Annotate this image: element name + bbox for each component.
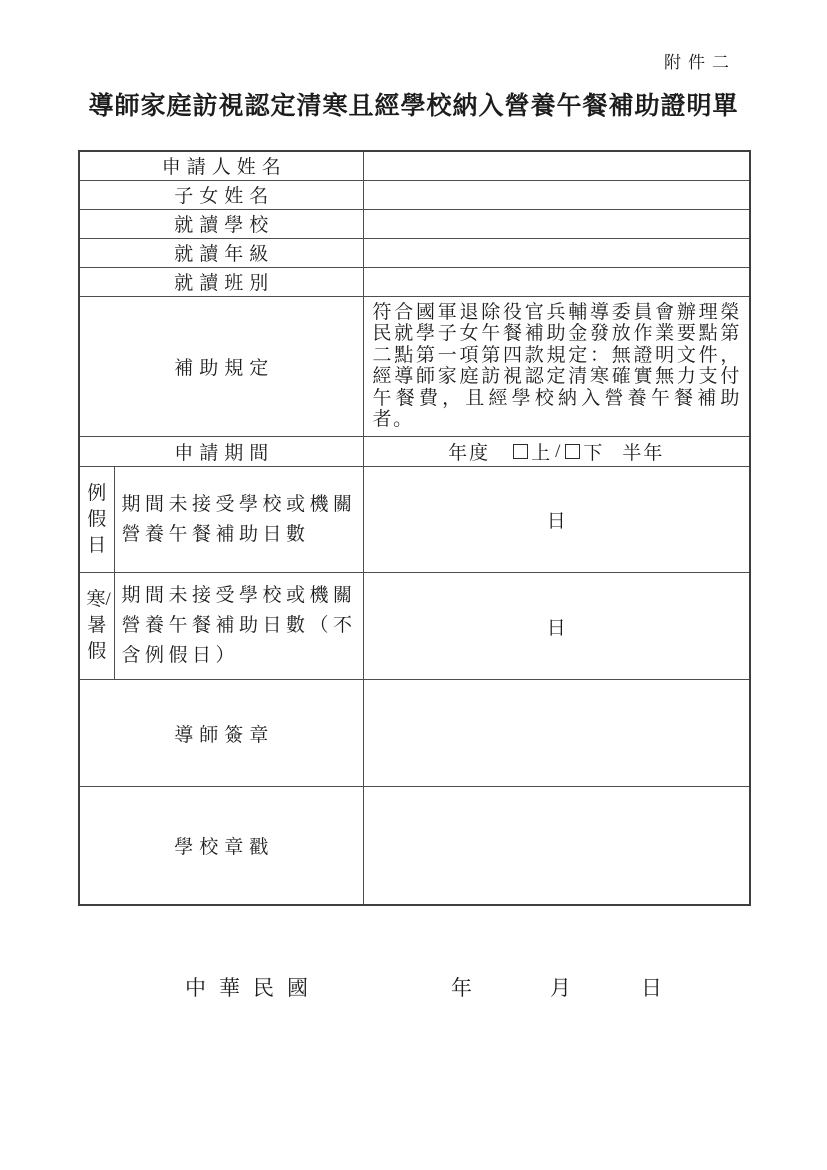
holiday-days-cell: 日 (363, 467, 750, 573)
table-row-school-stamp: 學校章戳 (79, 787, 750, 905)
checkbox-second-half (565, 444, 580, 459)
children-name-label: 子女姓名 (79, 180, 363, 209)
page-title: 導師家庭訪視認定清寒且經學校納入營養午餐補助證明單 (0, 86, 827, 122)
holiday-category-cell: 例假日 (79, 467, 114, 573)
vacation-days-cell: 日 (363, 573, 750, 680)
school-stamp-cell (363, 787, 750, 905)
checkbox-first-half (513, 444, 528, 459)
date-day-label: 日 (641, 972, 662, 1002)
attachment-label: 附件二 (664, 48, 736, 73)
children-name-input-cell (363, 180, 750, 209)
class-label: 就讀班別 (79, 267, 363, 296)
date-month-label: 月 (550, 972, 571, 1002)
table-row-school: 就讀學校 (79, 209, 750, 238)
school-label: 就讀學校 (79, 209, 363, 238)
half-year-suffix: 半年 (622, 438, 664, 465)
applicant-name-input-cell (363, 151, 750, 180)
table-row-class: 就讀班別 (79, 267, 750, 296)
form-table: 申請人姓名 子女姓名 就讀學校 就讀年級 就讀班別 補助規定 符合國軍退 (78, 150, 751, 906)
school-stamp-label: 學校章戳 (79, 787, 363, 905)
subsidy-rule-label: 補助規定 (79, 296, 363, 437)
document-page: 附件二 導師家庭訪視認定清寒且經學校納入營養午餐補助證明單 申請人姓名 子女姓名… (0, 0, 827, 1170)
applicant-name-label: 申請人姓名 (79, 151, 363, 180)
year-label: 年度 (448, 438, 490, 465)
class-input-cell (363, 267, 750, 296)
second-half-label: 下 (583, 438, 604, 465)
table-row-teacher-signature: 導師簽章 (79, 680, 750, 787)
application-period-value-cell: 年度 上 / 下 半年 (363, 437, 750, 467)
subsidy-rule-text: 符合國軍退除役官兵輔導委員會辦理榮民就學子女午餐補助金發放作業要點第二點第一項第… (363, 296, 750, 437)
date-line: 中華民國 年 月 日 (185, 972, 662, 1002)
first-half-label: 上 (531, 438, 552, 465)
date-era-label: 中華民國 (185, 972, 321, 1002)
table-row-vacation: 寒/暑假 期間未接受學校或機關營養午餐補助日數（不含例假日） 日 (79, 573, 750, 680)
date-year-label: 年 (451, 972, 472, 1002)
vacation-category-cell: 寒/暑假 (79, 573, 114, 680)
table-row-holiday: 例假日 期間未接受學校或機關營養午餐補助日數 日 (79, 467, 750, 573)
holiday-category-label: 例假日 (86, 481, 107, 559)
table-row-subsidy-rule: 補助規定 符合國軍退除役官兵輔導委員會辦理榮民就學子女午餐補助金發放作業要點第二… (79, 296, 750, 437)
grade-input-cell (363, 238, 750, 267)
teacher-signature-cell (363, 680, 750, 787)
school-input-cell (363, 209, 750, 238)
vacation-category-label: 寒/暑假 (86, 587, 107, 665)
vacation-description: 期間未接受學校或機關營養午餐補助日數（不含例假日） (114, 573, 363, 680)
half-separator: / (555, 441, 562, 463)
table-row-applicant-name: 申請人姓名 (79, 151, 750, 180)
table-row-children-name: 子女姓名 (79, 180, 750, 209)
table-row-application-period: 申請期間 年度 上 / 下 半年 (79, 437, 750, 467)
grade-label: 就讀年級 (79, 238, 363, 267)
table-row-grade: 就讀年級 (79, 238, 750, 267)
holiday-description: 期間未接受學校或機關營養午餐補助日數 (114, 467, 363, 573)
application-period-label: 申請期間 (79, 437, 363, 467)
teacher-signature-label: 導師簽章 (79, 680, 363, 787)
